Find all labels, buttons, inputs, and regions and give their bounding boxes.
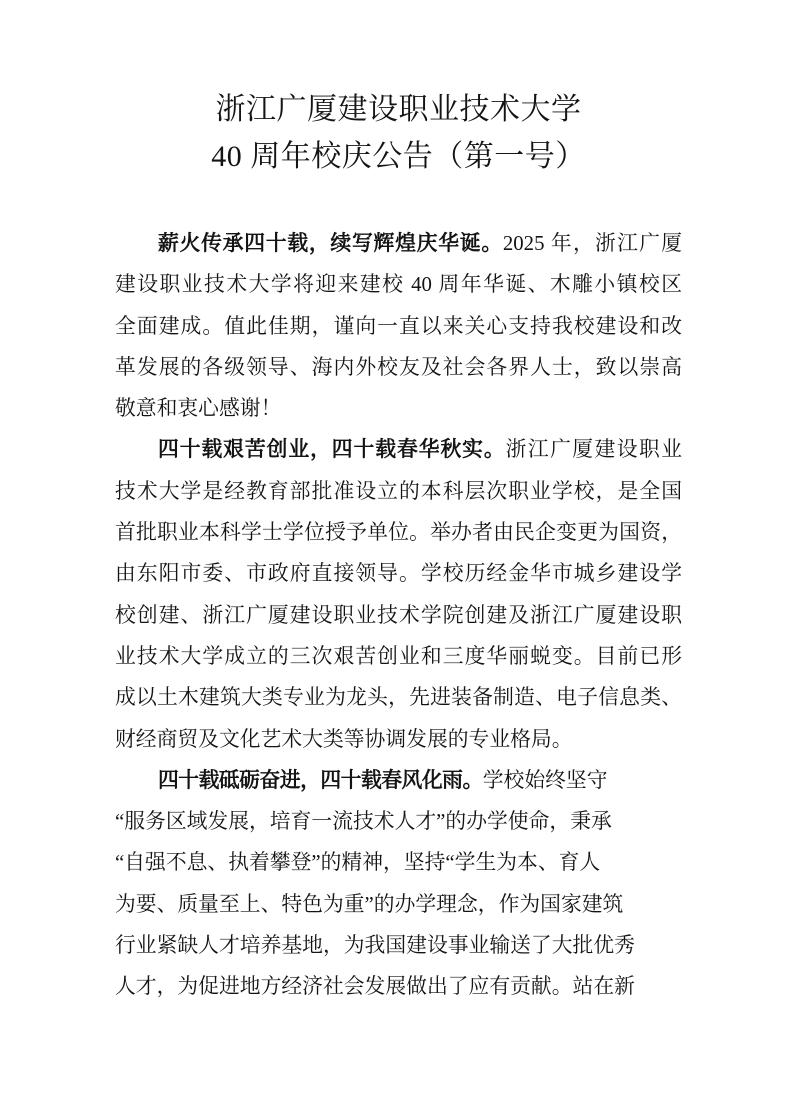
document-body: 薪火传承四十载，续写辉煌庆华诞。2025 年，浙江广厦 建设职业技术大学将迎来建…	[115, 223, 682, 1008]
body-line: 技术大学是经教育部批准设立的本科层次职业学校，是全国	[115, 471, 682, 512]
body-line: 四十载艰苦创业，四十载春华秋实。浙江广厦建设职业	[115, 429, 682, 470]
body-line: 为要、质量至上、特色为重”的办学理念，作为国家建筑	[115, 884, 682, 925]
body-line: 由东阳市委、市政府直接领导。学校历经金华市城乡建设学	[115, 553, 682, 594]
paragraph-3: 四十载砥砺奋进，四十载春风化雨。学校始终坚守 “服务区域发展，培育一流技术人才”…	[115, 760, 682, 1008]
body-line: “自强不息、执着攀登”的精神，坚持“学生为本、育人	[115, 842, 682, 883]
document-title-line-1: 浙江广厦建设职业技术大学	[115, 86, 682, 133]
body-line: 成以土木建筑大类专业为龙头，先进装备制造、电子信息类、	[115, 677, 682, 718]
body-line: 建设职业技术大学将迎来建校 40 周年华诞、木雕小镇校区	[115, 264, 682, 305]
paragraph-2: 四十载艰苦创业，四十载春华秋实。浙江广厦建设职业 技术大学是经教育部批准设立的本…	[115, 429, 682, 759]
body-line: 革发展的各级领导、海内外校友及社会各界人士，致以崇高	[115, 347, 682, 388]
paragraph-lead-bold: 四十载艰苦创业，四十载春华秋实。	[158, 438, 506, 461]
body-line: 全面建成。值此佳期，谨向一直以来关心支持我校建设和改	[115, 306, 682, 347]
paragraph-1: 薪火传承四十载，续写辉煌庆华诞。2025 年，浙江广厦 建设职业技术大学将迎来建…	[115, 223, 682, 429]
body-line-text: 2025 年，浙江广厦	[503, 232, 682, 255]
body-line: 敬意和衷心感谢！	[115, 388, 682, 429]
body-line: “服务区域发展，培育一流技术人才”的办学使命，秉承	[115, 801, 682, 842]
body-line: 财经商贸及文化艺术大类等协调发展的专业格局。	[115, 719, 682, 760]
document-title-line-2: 40 周年校庆公告（第一号）	[115, 133, 682, 180]
paragraph-lead-bold: 四十载砥砺奋进，四十载春风化雨。	[158, 769, 483, 792]
body-line-text: 浙江广厦建设职业	[506, 438, 682, 461]
paragraph-lead-bold: 薪火传承四十载，续写辉煌庆华诞。	[158, 232, 503, 255]
body-line: 人才，为促进地方经济社会发展做出了应有贡献。站在新	[115, 966, 682, 1007]
body-line: 薪火传承四十载，续写辉煌庆华诞。2025 年，浙江广厦	[115, 223, 682, 264]
body-line: 业技术大学成立的三次艰苦创业和三度华丽蜕变。目前已形	[115, 636, 682, 677]
body-line-text: 学校始终坚守	[483, 769, 608, 792]
body-line: 四十载砥砺奋进，四十载春风化雨。学校始终坚守	[115, 760, 682, 801]
document-page: 浙江广厦建设职业技术大学 40 周年校庆公告（第一号） 薪火传承四十载，续写辉煌…	[0, 0, 794, 1108]
body-line: 校创建、浙江广厦建设职业技术学院创建及浙江广厦建设职	[115, 595, 682, 636]
body-line: 行业紧缺人才培养基地，为我国建设事业输送了大批优秀	[115, 925, 682, 966]
body-line: 首批职业本科学士学位授予单位。举办者由民企变更为国资，	[115, 512, 682, 553]
document-title: 浙江广厦建设职业技术大学 40 周年校庆公告（第一号）	[115, 0, 682, 180]
